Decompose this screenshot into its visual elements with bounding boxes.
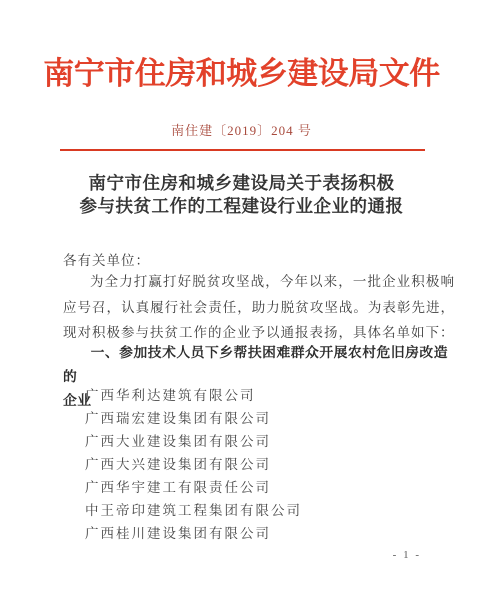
page-number: - 1 - [393,549,421,561]
company-list-item: 广西桂川建设集团有限公司 [85,522,302,545]
red-divider-rule [60,149,425,151]
document-page: 南宁市住房和城乡建设局文件 南住建〔2019〕204 号 南宁市住房和城乡建设局… [0,0,483,600]
document-title: 南宁市住房和城乡建设局关于表扬积极 参与扶贫工作的工程建设行业企业的通报 [0,172,483,218]
document-number: 南住建〔2019〕204 号 [0,120,483,139]
company-list-item: 广西大兴建设集团有限公司 [85,453,302,476]
body-paragraph: 为全力打赢打好脱贫攻坚战，今年以来，一批企业积极响应号召，认真履行社会责任，助力… [63,269,455,346]
company-list: 广西华利达建筑有限公司 广西瑞宏建设集团有限公司 广西大业建设集团有限公司 广西… [85,384,302,545]
section-heading-line-1: 一、参加技术人员下乡帮扶困难群众开展农村危旧房改造的 [63,341,459,389]
company-list-item: 广西华利达建筑有限公司 [85,384,302,407]
salutation: 各有关单位： [63,249,150,269]
company-list-item: 广西瑞宏建设集团有限公司 [85,407,302,430]
document-title-line-2: 参与扶贫工作的工程建设行业企业的通报 [80,196,404,216]
document-title-line-1: 南宁市住房和城乡建设局关于表扬积极 [89,173,395,193]
company-list-item: 中王帝印建筑工程集团有限公司 [85,499,302,522]
company-list-item: 广西华宇建工有限责任公司 [85,476,302,499]
red-header-org-title: 南宁市住房和城乡建设局文件 [0,48,483,93]
company-list-item: 广西大业建设集团有限公司 [85,430,302,453]
